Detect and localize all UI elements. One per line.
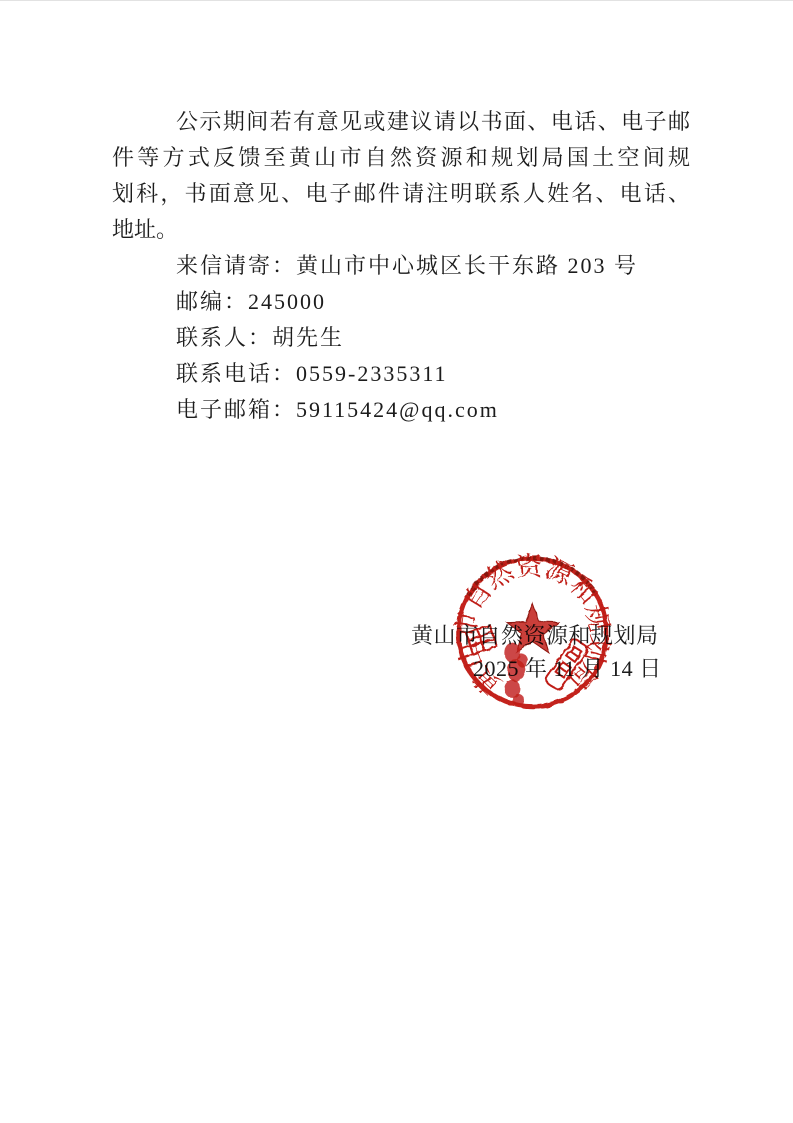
document-page: 公示期间若有意见或建议请以书面、电话、电子邮 件等方式反馈至黄山市自然资源和规划… xyxy=(0,0,793,1123)
contact-line-mail-address: 来信请寄：黄山市中心城区长干东路 203 号 xyxy=(112,248,690,284)
paragraph-line: 公示期间若有意见或建议请以书面、电话、电子邮 xyxy=(112,104,690,140)
paragraph-line: 划科，书面意见、电子邮件请注明联系人姓名、电话、 xyxy=(112,176,690,212)
signature-date: 2025 年 11 月 14 日 xyxy=(473,651,662,687)
contact-line-person: 联系人：胡先生 xyxy=(112,320,690,356)
contact-line-email: 电子邮箱：59115424@qq.com xyxy=(112,392,690,428)
contact-line-zip-code: 邮编：245000 xyxy=(112,284,690,320)
paragraph-line: 地址。 xyxy=(112,212,690,248)
signature-organization: 黄山市自然资源和规划局 xyxy=(411,618,659,654)
contact-line-phone: 联系电话：0559-2335311 xyxy=(112,356,690,392)
seal-ring-grit xyxy=(468,558,597,595)
notice-body: 公示期间若有意见或建议请以书面、电话、电子邮 件等方式反馈至黄山市自然资源和规划… xyxy=(112,104,690,428)
paragraph-line: 件等方式反馈至黄山市自然资源和规划局国土空间规 xyxy=(112,140,690,176)
